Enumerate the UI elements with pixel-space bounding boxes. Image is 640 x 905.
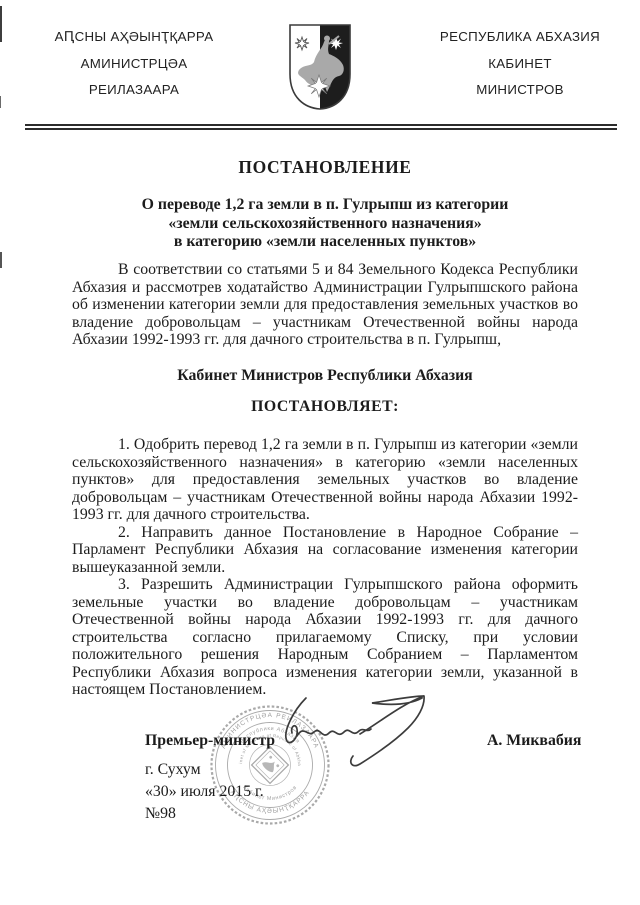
signature-scribble-icon	[272, 688, 437, 778]
resolution-item-2: 2. Направить данное Постановление в Наро…	[72, 524, 578, 577]
resolution-item-1: 1. Одобрить перевод 1,2 га земли в п. Гу…	[72, 436, 578, 524]
scan-artifact	[0, 96, 1, 108]
stamp-inner-bottom-text: Кабинет Министров	[241, 785, 298, 803]
scan-artifact	[0, 252, 2, 268]
header-left-abkhaz: АԤСНЫ АҲӘЫНҬҚАРРА АМИНИСТРЦӘА РЕИЛАЗААРА	[28, 24, 240, 104]
header-left-line: АԤСНЫ АҲӘЫНҬҚАРРА	[28, 24, 240, 51]
subtitle-line: «земли сельскохозяйственного назначения»	[72, 215, 578, 234]
document-number: №98	[145, 805, 176, 823]
header-right-line: РЕСПУБЛИКА АБХАЗИЯ	[430, 24, 610, 51]
preamble-paragraph: В соответствии со статьями 5 и 84 Земель…	[72, 261, 578, 349]
authority-line: Кабинет Министров Республики Абхазия	[72, 367, 578, 385]
coat-of-arms-icon	[287, 22, 353, 112]
header-right-line: МИНИСТРОВ	[430, 77, 610, 104]
subtitle-line: в категорию «земли населенных пунктов»	[72, 233, 578, 252]
document-subtitle: О переводе 1,2 га земли в п. Гулрыпш из …	[72, 196, 578, 252]
subtitle-line: О переводе 1,2 га земли в п. Гулрыпш из …	[72, 196, 578, 215]
signer-name: А. Миквабия	[487, 732, 581, 750]
header-right-line: КАБИНЕТ	[430, 51, 610, 78]
resolution-keyword: ПОСТАНОВЛЯЕТ:	[72, 398, 578, 416]
svg-text:Кабинет Министров: Кабинет Министров	[241, 785, 298, 803]
header-right-russian: РЕСПУБЛИКА АБХАЗИЯ КАБИНЕТ МИНИСТРОВ	[430, 24, 610, 104]
resolution-item-3: 3. Разрешить Администрации Гулрыпшского …	[72, 576, 578, 699]
scanned-decree-page: АԤСНЫ АҲӘЫНҬҚАРРА АМИНИСТРЦӘА РЕИЛАЗААРА…	[0, 0, 640, 905]
city-line: г. Сухум	[145, 761, 201, 779]
scan-artifact	[0, 6, 2, 42]
resolution-items: 1. Одобрить перевод 1,2 га земли в п. Гу…	[72, 436, 578, 699]
document-title: ПОСТАНОВЛЕНИЕ	[72, 157, 578, 178]
header-left-line: РЕИЛАЗААРА	[28, 77, 240, 104]
divider-rule	[25, 124, 617, 130]
header-left-line: АМИНИСТРЦӘА	[28, 51, 240, 78]
